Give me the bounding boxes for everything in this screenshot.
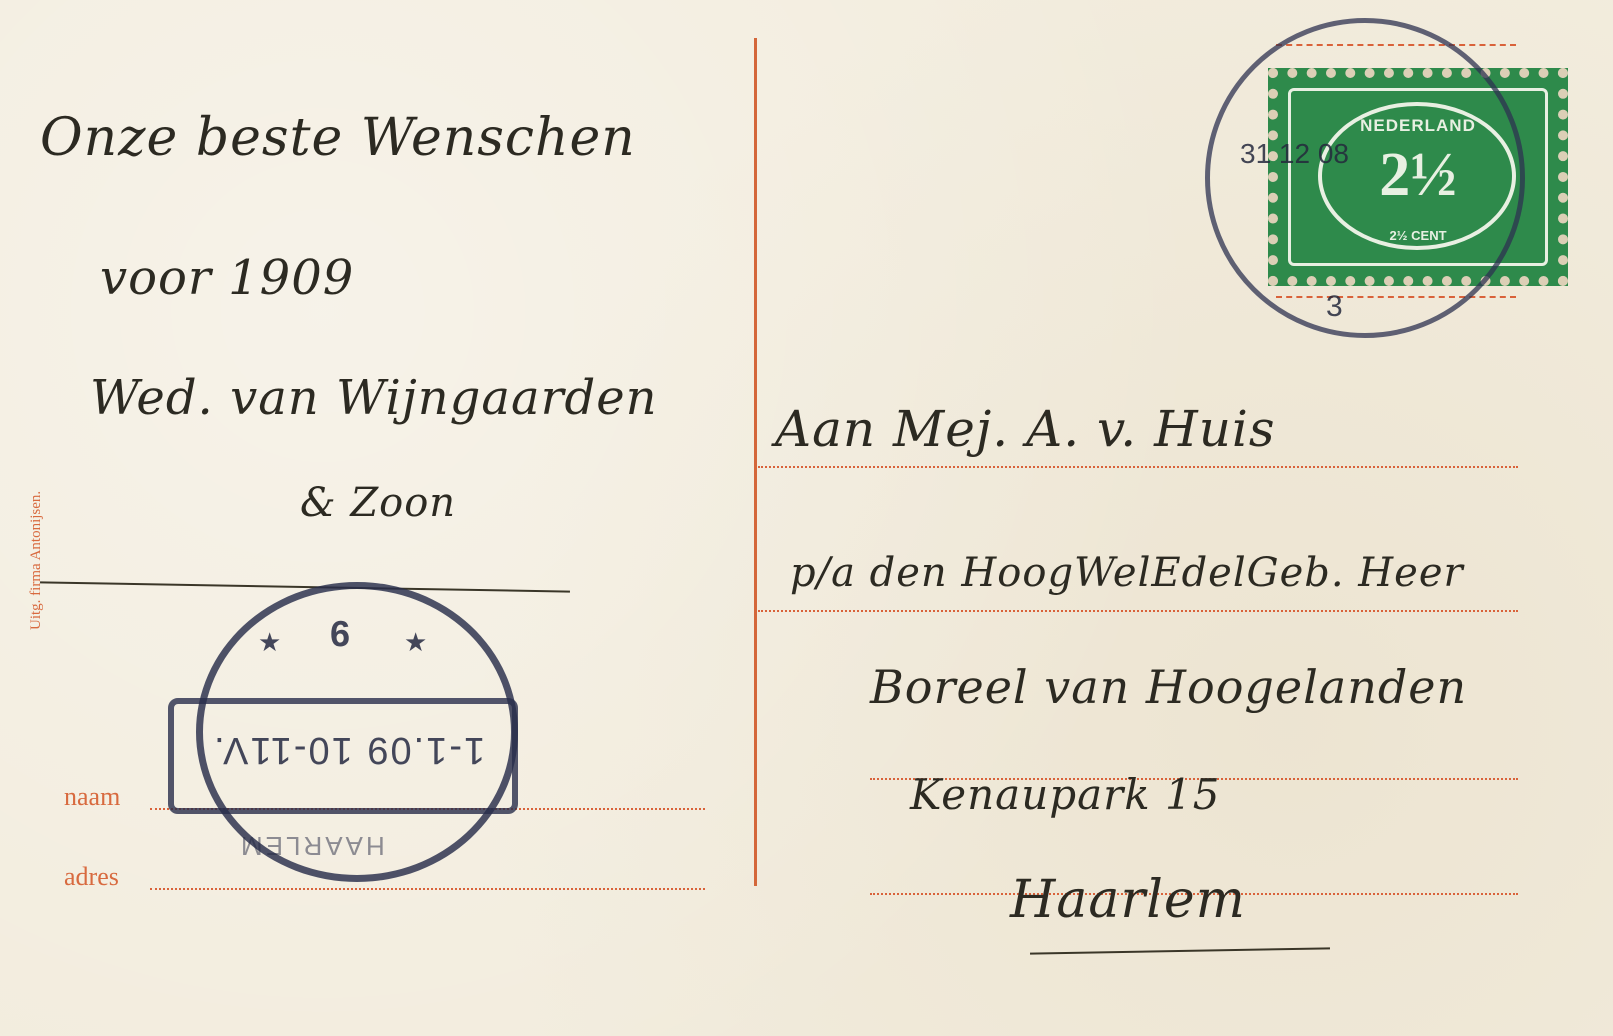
address-line — [150, 888, 705, 890]
arrival-postmark-number: 9 — [330, 612, 350, 654]
address-line-2: p/a den HoogWelEdelGeb. Heer — [790, 550, 1464, 596]
center-divider — [754, 38, 757, 886]
message-line-1: Onze beste Wenschen — [40, 108, 636, 168]
address-dotline-1 — [758, 466, 1518, 468]
star-icon: ★ — [258, 628, 281, 658]
star-icon: ★ — [404, 628, 427, 658]
address-line-1: Aan Mej. A. v. Huis — [775, 400, 1276, 458]
message-line-2: voor 1909 — [100, 250, 354, 306]
city-underline — [1030, 947, 1330, 954]
message-line-3: Wed. van Wijngaarden — [90, 370, 658, 426]
name-label: naam — [64, 782, 120, 812]
departure-postmark — [1205, 18, 1525, 338]
address-label: adres — [64, 862, 119, 892]
address-line-4: Kenaupark 15 — [910, 770, 1221, 819]
message-line-4: & Zoon — [300, 480, 456, 526]
publisher-imprint: Uitg. firma Antonijsen. — [28, 491, 45, 630]
arrival-postmark-date: 1-1.09 10-11V. — [212, 728, 485, 771]
departure-postmark-number: 3 — [1326, 290, 1343, 324]
address-dotline-2 — [758, 610, 1518, 612]
departure-postmark-date: 31 12 08 — [1240, 138, 1349, 170]
arrival-postmark-city: HAARLEM — [238, 830, 385, 861]
address-line-5: Haarlem — [1010, 870, 1246, 930]
address-line-3: Boreel van Hoogelanden — [870, 660, 1467, 714]
